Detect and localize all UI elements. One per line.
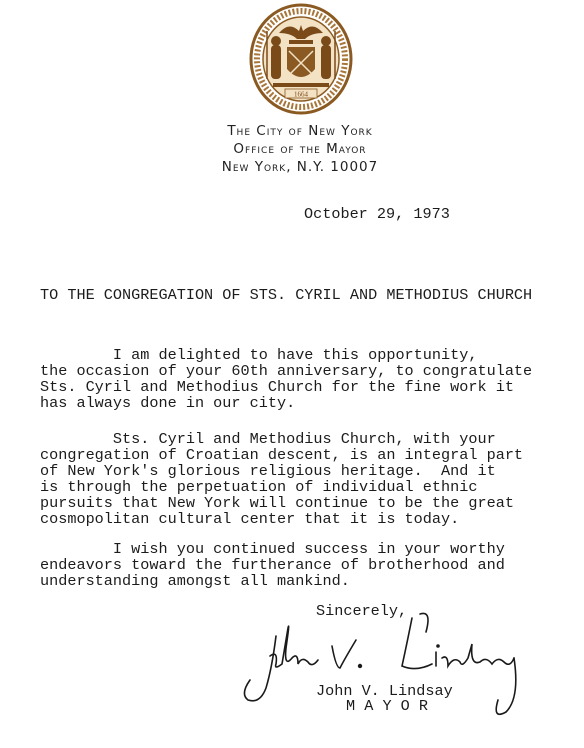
letter-date: October 29, 1973	[304, 206, 450, 222]
body-paragraph-1: I am delighted to have this opportunity,…	[40, 347, 532, 411]
letterhead-office: Office of the Mayor	[190, 140, 410, 158]
city-seal-icon: 1664	[249, 3, 353, 115]
letterhead: The City of New York Office of the Mayor…	[190, 122, 410, 176]
signer-title: M A Y O R	[346, 698, 428, 714]
body-paragraph-2: Sts. Cyril and Methodius Church, with yo…	[40, 431, 523, 527]
svg-text:1664: 1664	[294, 91, 309, 99]
letterhead-city: The City of New York	[190, 122, 410, 140]
letterhead-address: New York, N.Y. 10007	[190, 158, 410, 176]
body-paragraph-3: I wish you continued success in your wor…	[40, 541, 505, 589]
salutation: TO THE CONGREGATION OF STS. CYRIL AND ME…	[40, 287, 532, 303]
